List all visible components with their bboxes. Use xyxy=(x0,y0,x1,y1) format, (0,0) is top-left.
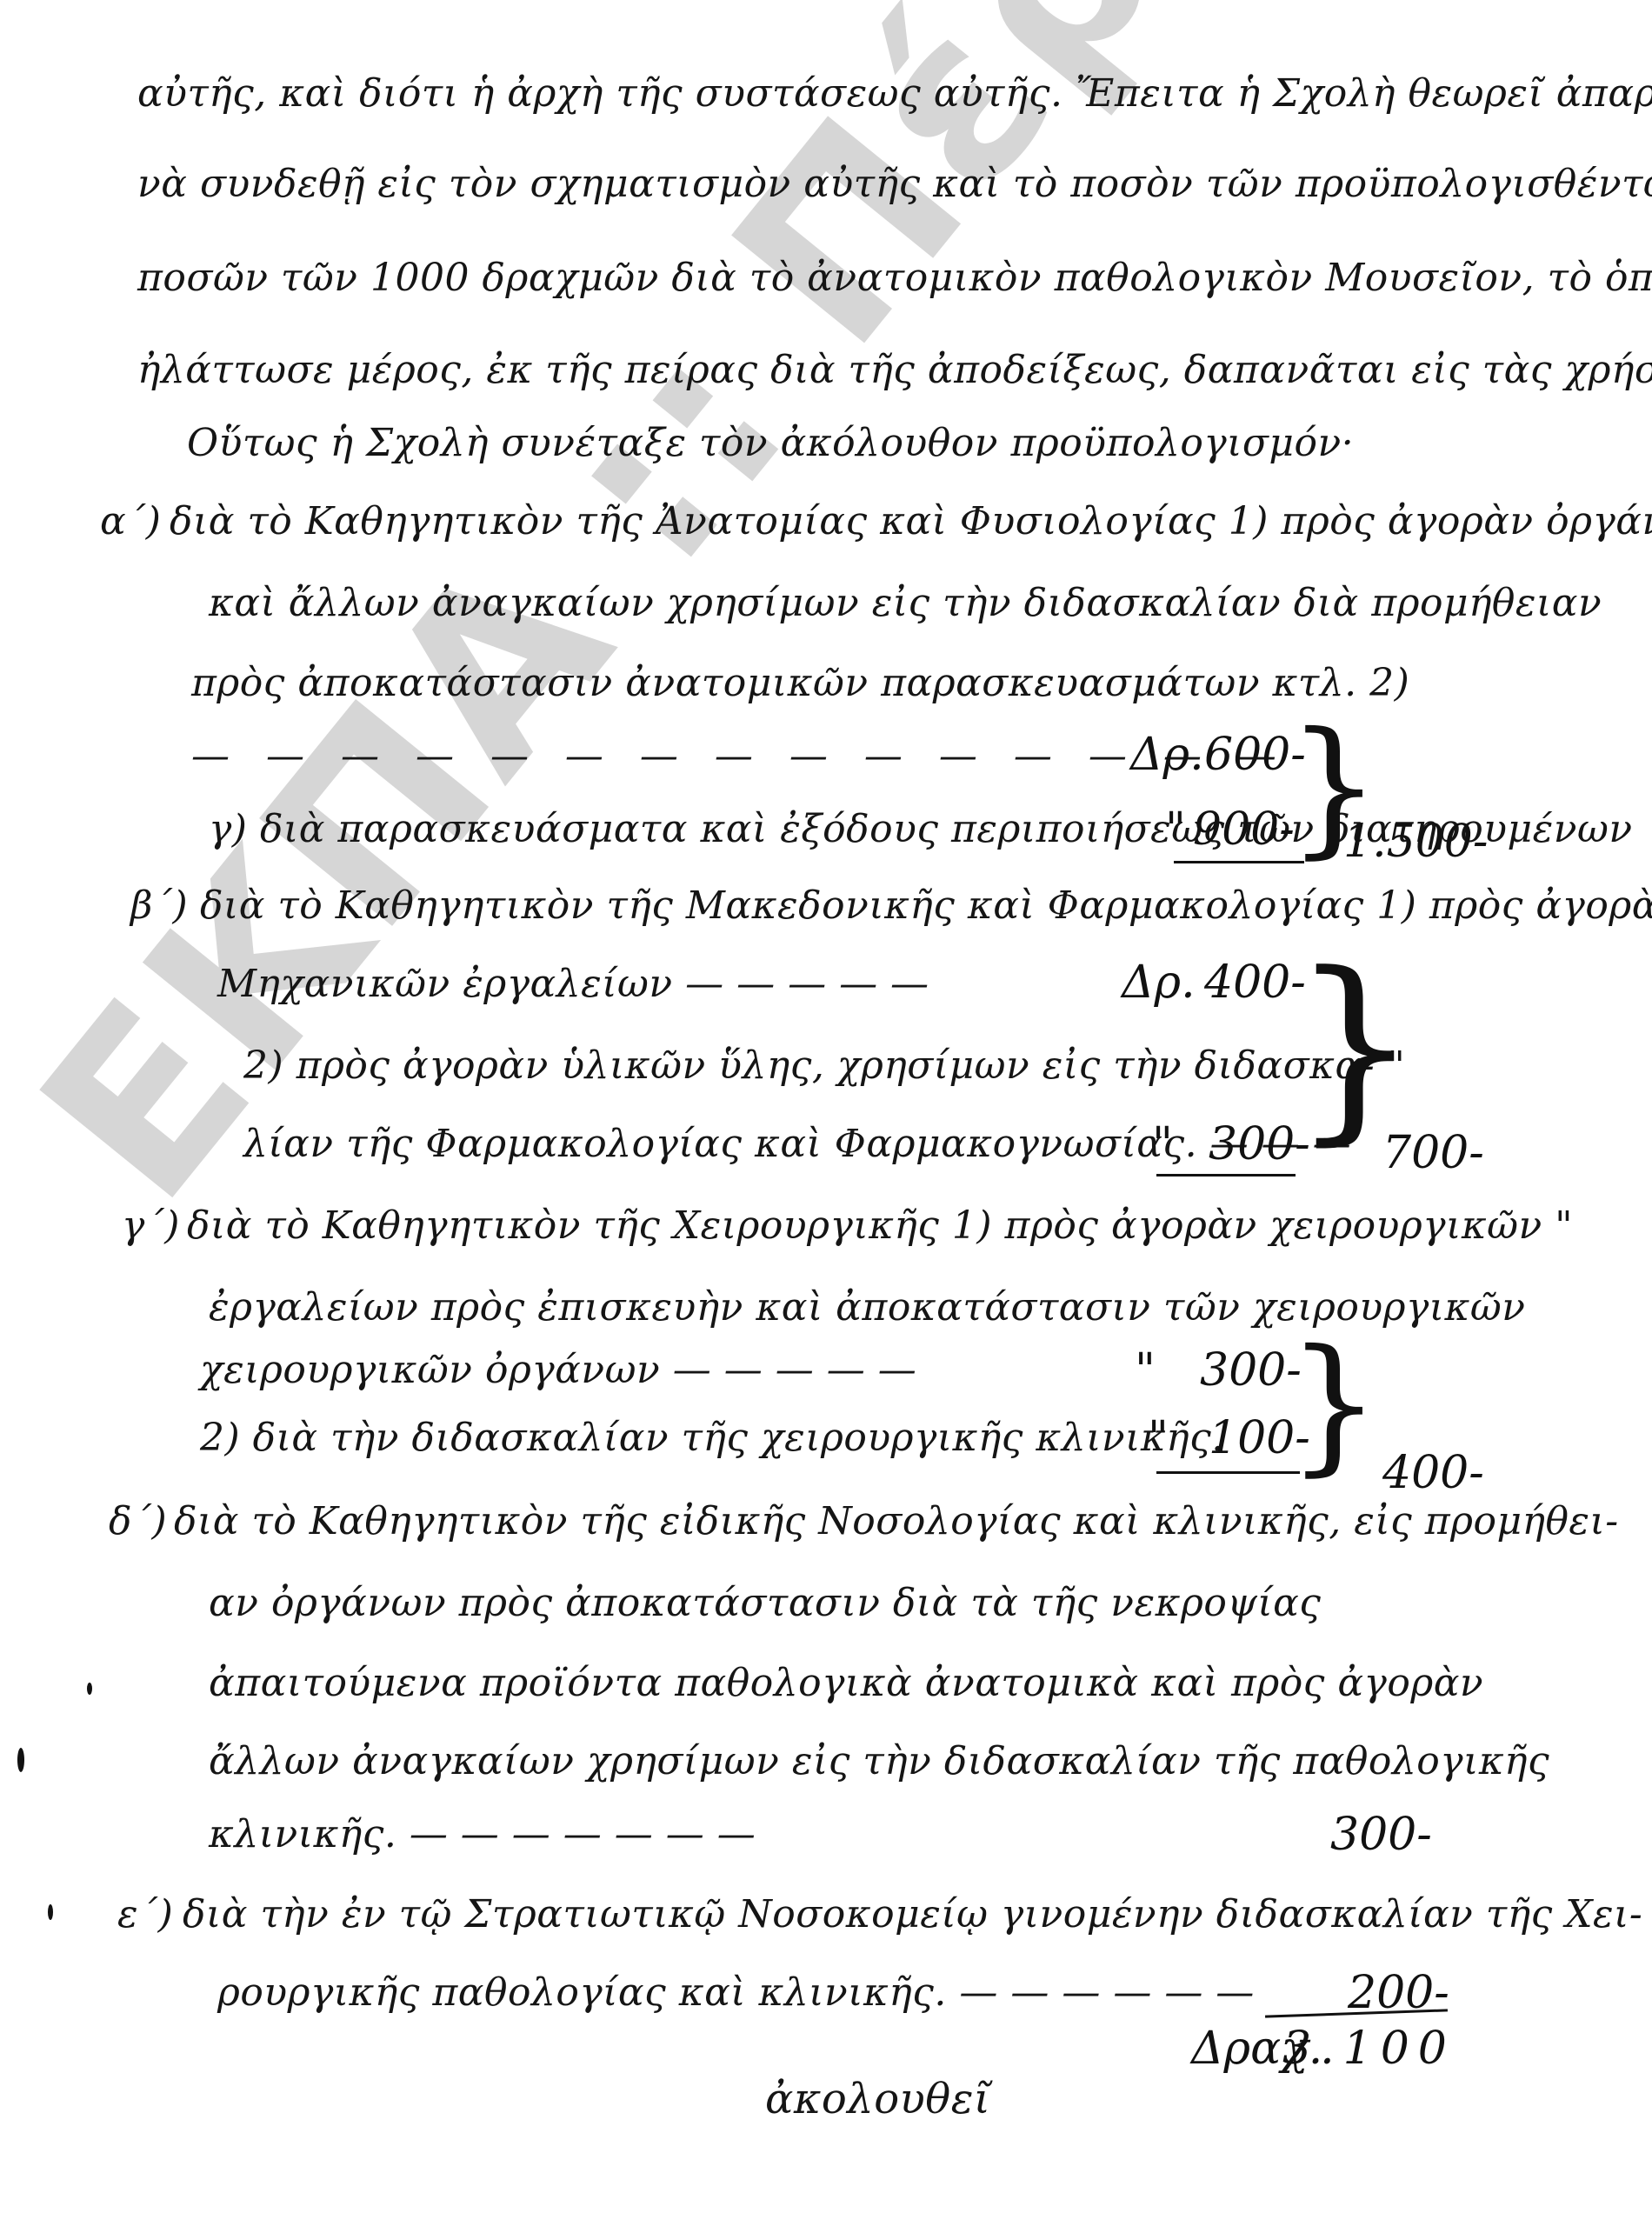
text-line: 2) πρὸς ἀγορὰν ὑλικῶν ὕλης, χρησίμων εἰς… xyxy=(243,1040,1405,1092)
text-line: αν ὀργάνων πρὸς ἀποκατάστασιν διὰ τὰ τῆς… xyxy=(209,1577,1321,1630)
text-line: νὰ συνδεθῇ εἰς τὸν σχηματισμὸν αὐτῆς καὶ… xyxy=(137,158,1652,210)
text-line: λίαν τῆς Φαρμακολογίας καὶ Φαρμακογνωσία… xyxy=(243,1118,1351,1170)
ditto-mark: " xyxy=(1148,1412,1169,1464)
signature: ἀκολουθεῖ xyxy=(765,2073,990,2125)
text-line: Οὕτως ἡ Σχολὴ συνέταξε τὸν ἀκόλουθον προ… xyxy=(187,417,1354,470)
section-label-epsilon: ε΄) xyxy=(117,1889,173,1941)
brace: } xyxy=(1287,1330,1381,1478)
underline xyxy=(1156,1471,1300,1474)
text-line: Μηχανικῶν ἐργαλείων — — — — — xyxy=(217,958,929,1010)
amount-alpha-2: 900- xyxy=(1193,803,1295,856)
section-label-alpha: α΄) xyxy=(100,496,161,548)
text-line: πρὸς ἀποκατάστασιν ἀνατομικῶν παρασκευασ… xyxy=(191,657,1409,710)
grand-total: 3.100 xyxy=(1282,2023,1455,2075)
section-label-beta: β΄) xyxy=(130,880,188,932)
underline xyxy=(1174,861,1304,863)
subtotal-gamma: 400- xyxy=(1382,1447,1484,1499)
text-line: ἀπαιτούμενα προϊόντα παθολογικὰ ἀνατομικ… xyxy=(209,1657,1483,1710)
text-line: διὰ τὸ Καθηγητικὸν τῆς Χειρουργικῆς 1) π… xyxy=(187,1200,1573,1252)
currency-label: Δρ. xyxy=(1122,957,1196,1009)
scan-speck xyxy=(48,1904,53,1920)
text-line: χειρουργικῶν ὀργάνων — — — — — xyxy=(200,1344,916,1396)
text-line: διὰ τὸ Καθηγητικὸν τῆς εἰδικῆς Νοσολογία… xyxy=(174,1496,1619,1548)
text-line: ἄλλων ἀναγκαίων χρησίμων εἰς τὴν διδασκα… xyxy=(209,1736,1549,1788)
section-label-delta: δ΄) xyxy=(109,1496,167,1548)
scan-speck xyxy=(87,1683,92,1695)
dash-leader: — — — — — — — — — — — — — — — xyxy=(191,730,1289,783)
text-line: διὰ τὸ Καθηγητικὸν τῆς Μακεδονικῆς καὶ Φ… xyxy=(200,880,1652,932)
underline xyxy=(1156,1174,1296,1176)
ditto-mark: " xyxy=(1152,1118,1173,1170)
ditto-mark: " xyxy=(1165,803,1186,856)
currency-label: Δρ. xyxy=(1130,729,1204,781)
text-line: ρουργικῆς παθολογίας καὶ κλινικῆς. — — —… xyxy=(217,1967,1255,2019)
text-line: ποσῶν τῶν 1000 δραχμῶν διὰ τὸ ἀνατομικὸν… xyxy=(137,252,1652,304)
scan-speck xyxy=(17,1748,24,1772)
document-page: ΕΚΠΑ :: Πέργαμος αὐτῆς, καὶ διότι ἡ ἀρχὴ… xyxy=(0,0,1652,2233)
text-line: διὰ τὸ Καθηγητικὸν τῆς Ἀνατομίας καὶ Φυσ… xyxy=(170,496,1652,548)
subtotal-alpha: 1.500- xyxy=(1343,816,1488,868)
text-line: ἠλάττωσε μέρος, ἐκ τῆς πείρας διὰ τῆς ἀπ… xyxy=(137,344,1652,397)
subtotal-delta: 300- xyxy=(1330,1809,1432,1861)
text-line: αὐτῆς, καὶ διότι ἡ ἀρχὴ τῆς συστάσεως αὐ… xyxy=(137,68,1652,120)
text-line: διὰ τὴν ἐν τῷ Στρατιωτικῷ Νοσοκομείῳ γιν… xyxy=(183,1889,1642,1941)
text-line: κλινικῆς. — — — — — — — xyxy=(209,1809,756,1861)
brace: } xyxy=(1291,948,1418,1148)
text-line: καὶ ἄλλων ἀναγκαίων χρησίμων εἰς τὴν διδ… xyxy=(209,577,1602,630)
text-line: 2) διὰ τὴν διδασκαλίαν τῆς χειρουργικῆς … xyxy=(200,1412,1224,1464)
subtotal-beta: 700- xyxy=(1382,1127,1484,1179)
section-label-gamma: γ΄) xyxy=(122,1200,180,1252)
ditto-mark: " xyxy=(1135,1344,1156,1396)
